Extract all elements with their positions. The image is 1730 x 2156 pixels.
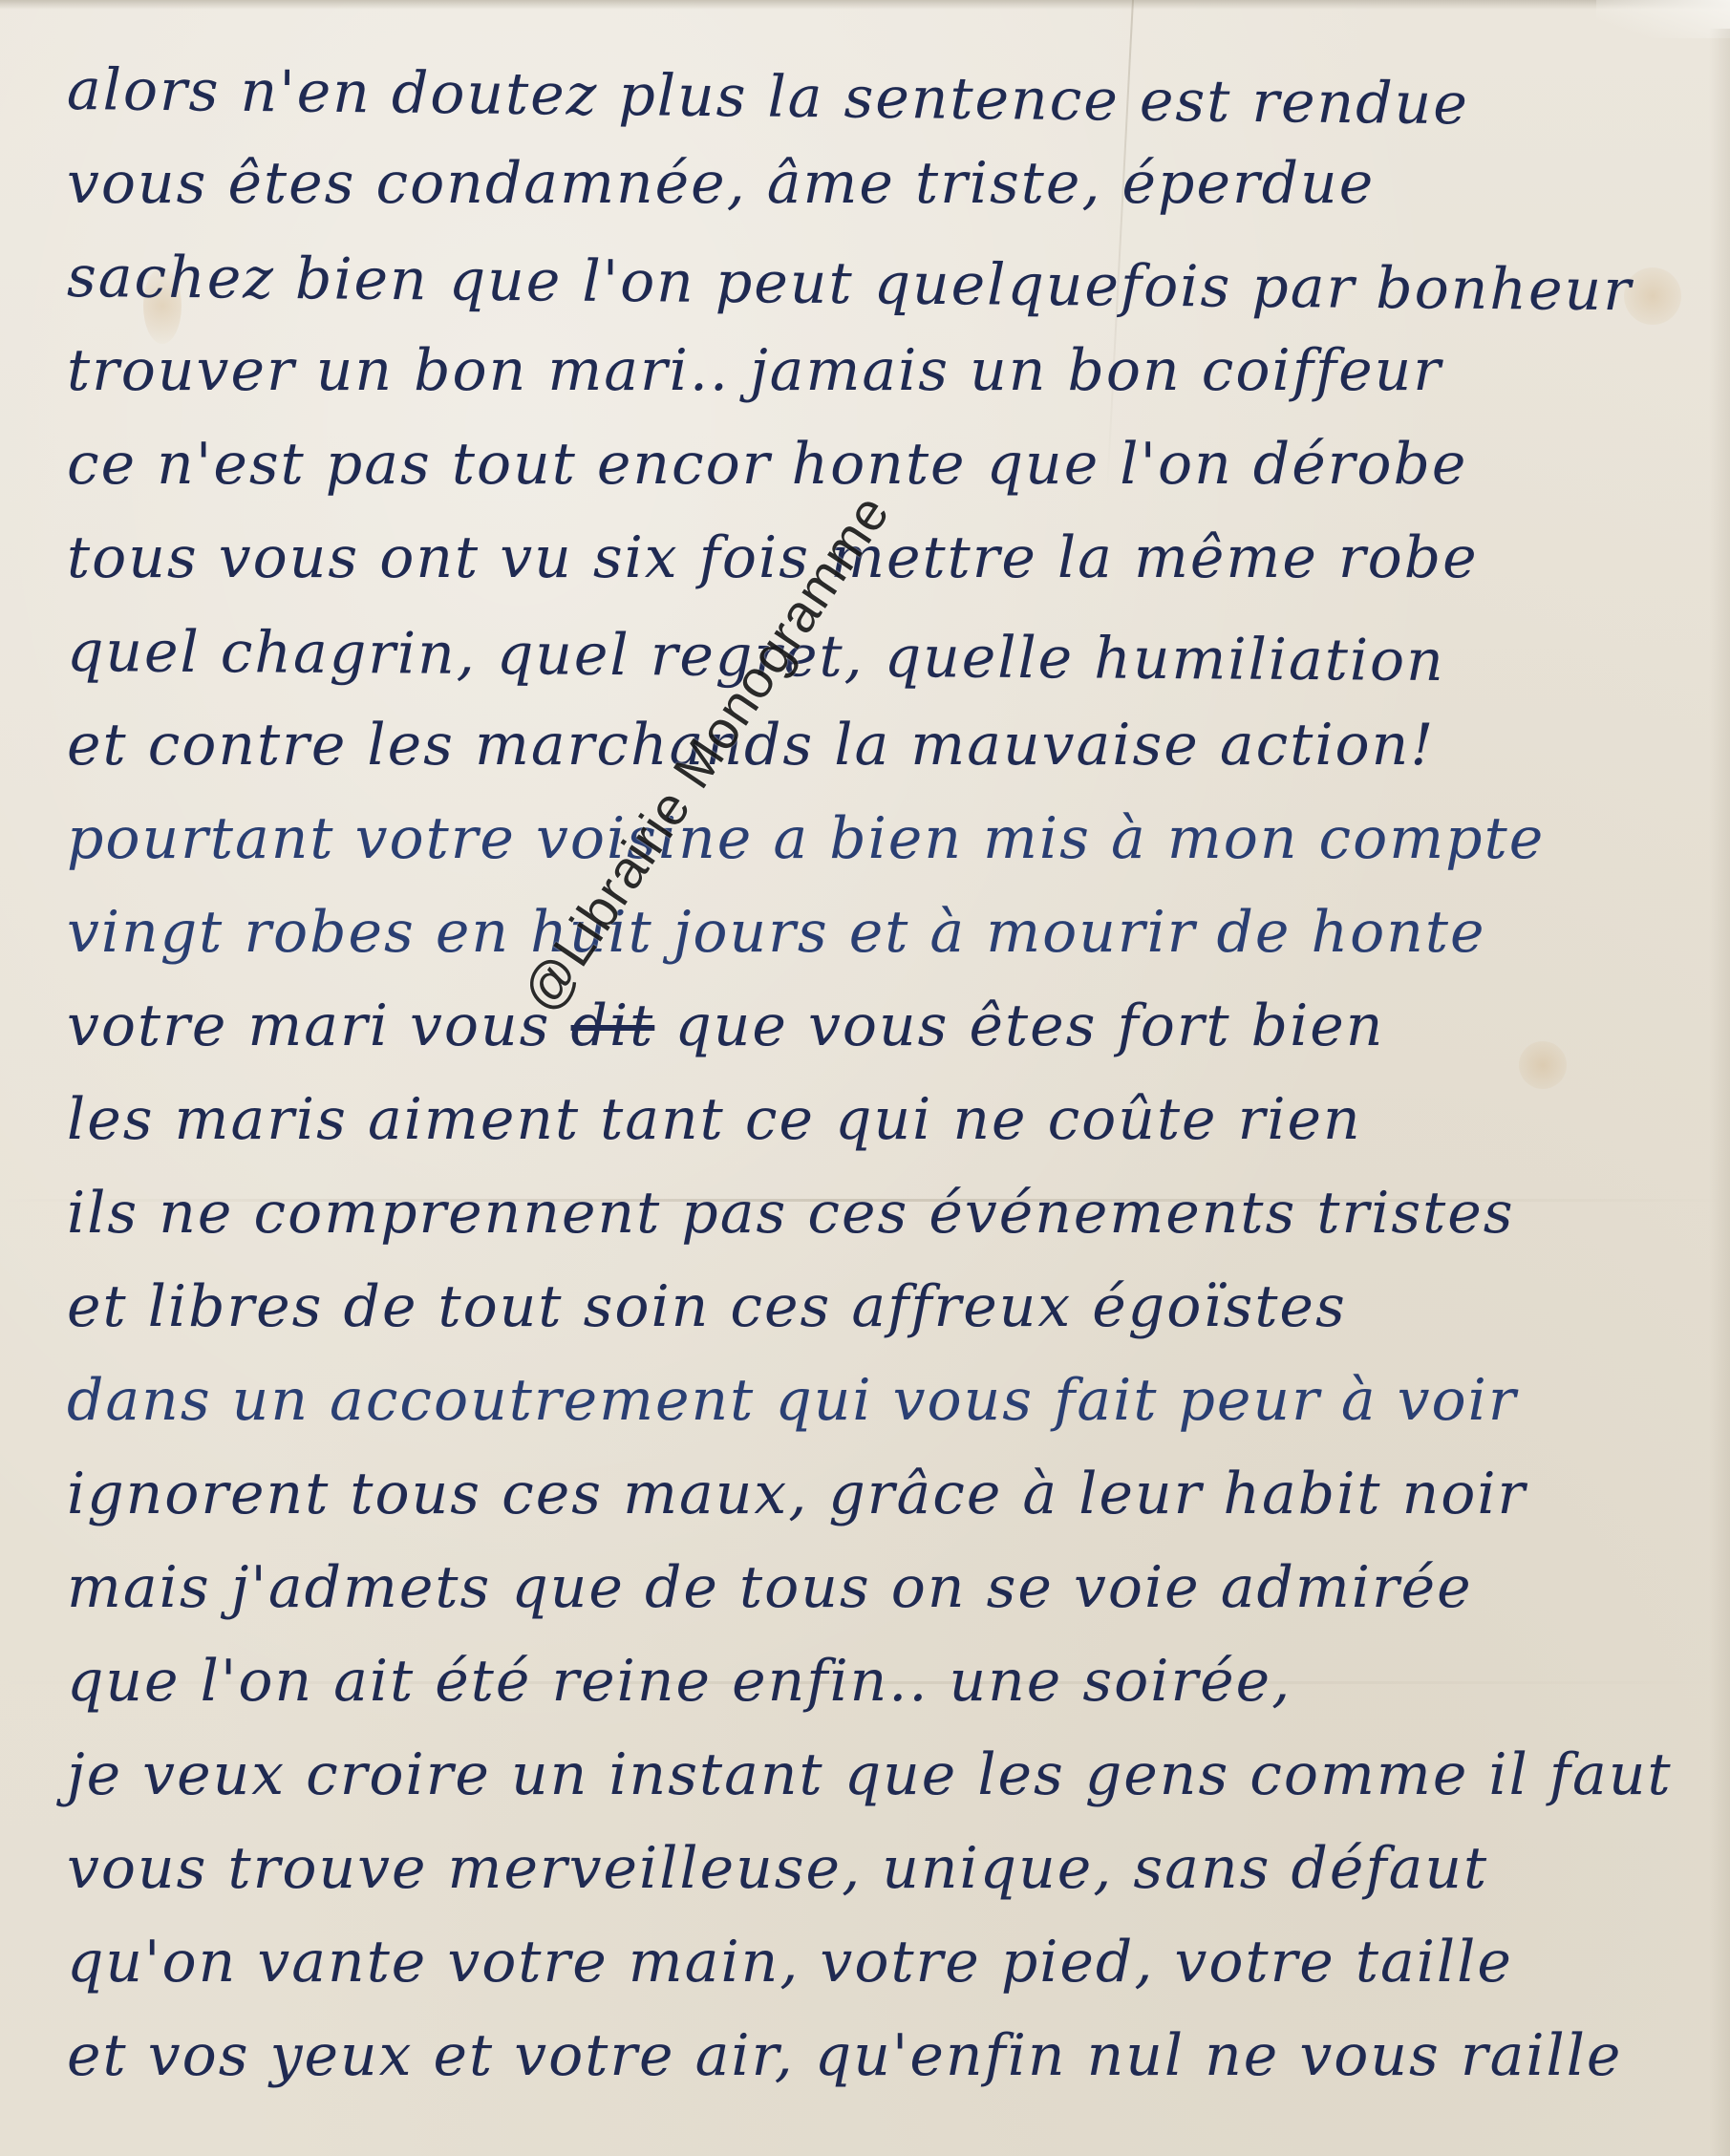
text-line: dans un accoutrement qui vous fait peur … xyxy=(67,1354,1691,1447)
text-line: mais j'admets que de tous on se voie adm… xyxy=(67,1541,1691,1634)
text-line: vous trouve merveilleuse, unique, sans d… xyxy=(67,1822,1691,1915)
text-line: ils ne comprennent pas ces événements tr… xyxy=(67,1166,1691,1260)
text-line: sachez bien que l'on peut quelquefois pa… xyxy=(67,230,1692,338)
text-line: les maris aiment tant ce qui ne coûte ri… xyxy=(67,1073,1691,1166)
text-line: qu'on vante votre main, votre pied, votr… xyxy=(67,1915,1691,2009)
page-top-edge xyxy=(0,0,1730,10)
text-segment: votre mari vous xyxy=(67,993,550,1059)
text-segment: que vous êtes fort bien xyxy=(674,993,1384,1059)
text-line: que l'on ait été reine enfin.. une soiré… xyxy=(67,1634,1691,1728)
handwritten-text: alors n'en doutez plus la sentence est r… xyxy=(67,43,1691,2103)
text-line: et contre les marchands la mauvaise acti… xyxy=(67,698,1691,792)
text-line: et libres de tout soin ces affreux égoïs… xyxy=(67,1260,1691,1354)
text-line: quel chagrin, quel regret, quelle humili… xyxy=(67,605,1692,710)
text-line: pourtant votre voisine a bien mis à mon … xyxy=(67,792,1691,886)
text-line: alors n'en doutez plus la sentence est r… xyxy=(66,43,1691,154)
page-right-edge xyxy=(1709,29,1730,2156)
struck-word: dit xyxy=(571,993,655,1059)
text-line: vingt robes en huit jours et à mourir de… xyxy=(67,886,1691,979)
text-line: ce n'est pas tout encor honte que l'on d… xyxy=(67,417,1691,511)
text-line: ignorent tous ces maux, grâce à leur hab… xyxy=(67,1447,1691,1541)
letter-page: alors n'en doutez plus la sentence est r… xyxy=(0,0,1730,2156)
text-line: trouver un bon mari.. jamais un bon coif… xyxy=(67,324,1691,417)
text-line: et vos yeux et votre air, qu'enfin nul n… xyxy=(67,2009,1691,2103)
text-line: votre mari vous dit que vous êtes fort b… xyxy=(67,979,1691,1073)
text-line: je veux croire un instant que les gens c… xyxy=(67,1728,1691,1822)
